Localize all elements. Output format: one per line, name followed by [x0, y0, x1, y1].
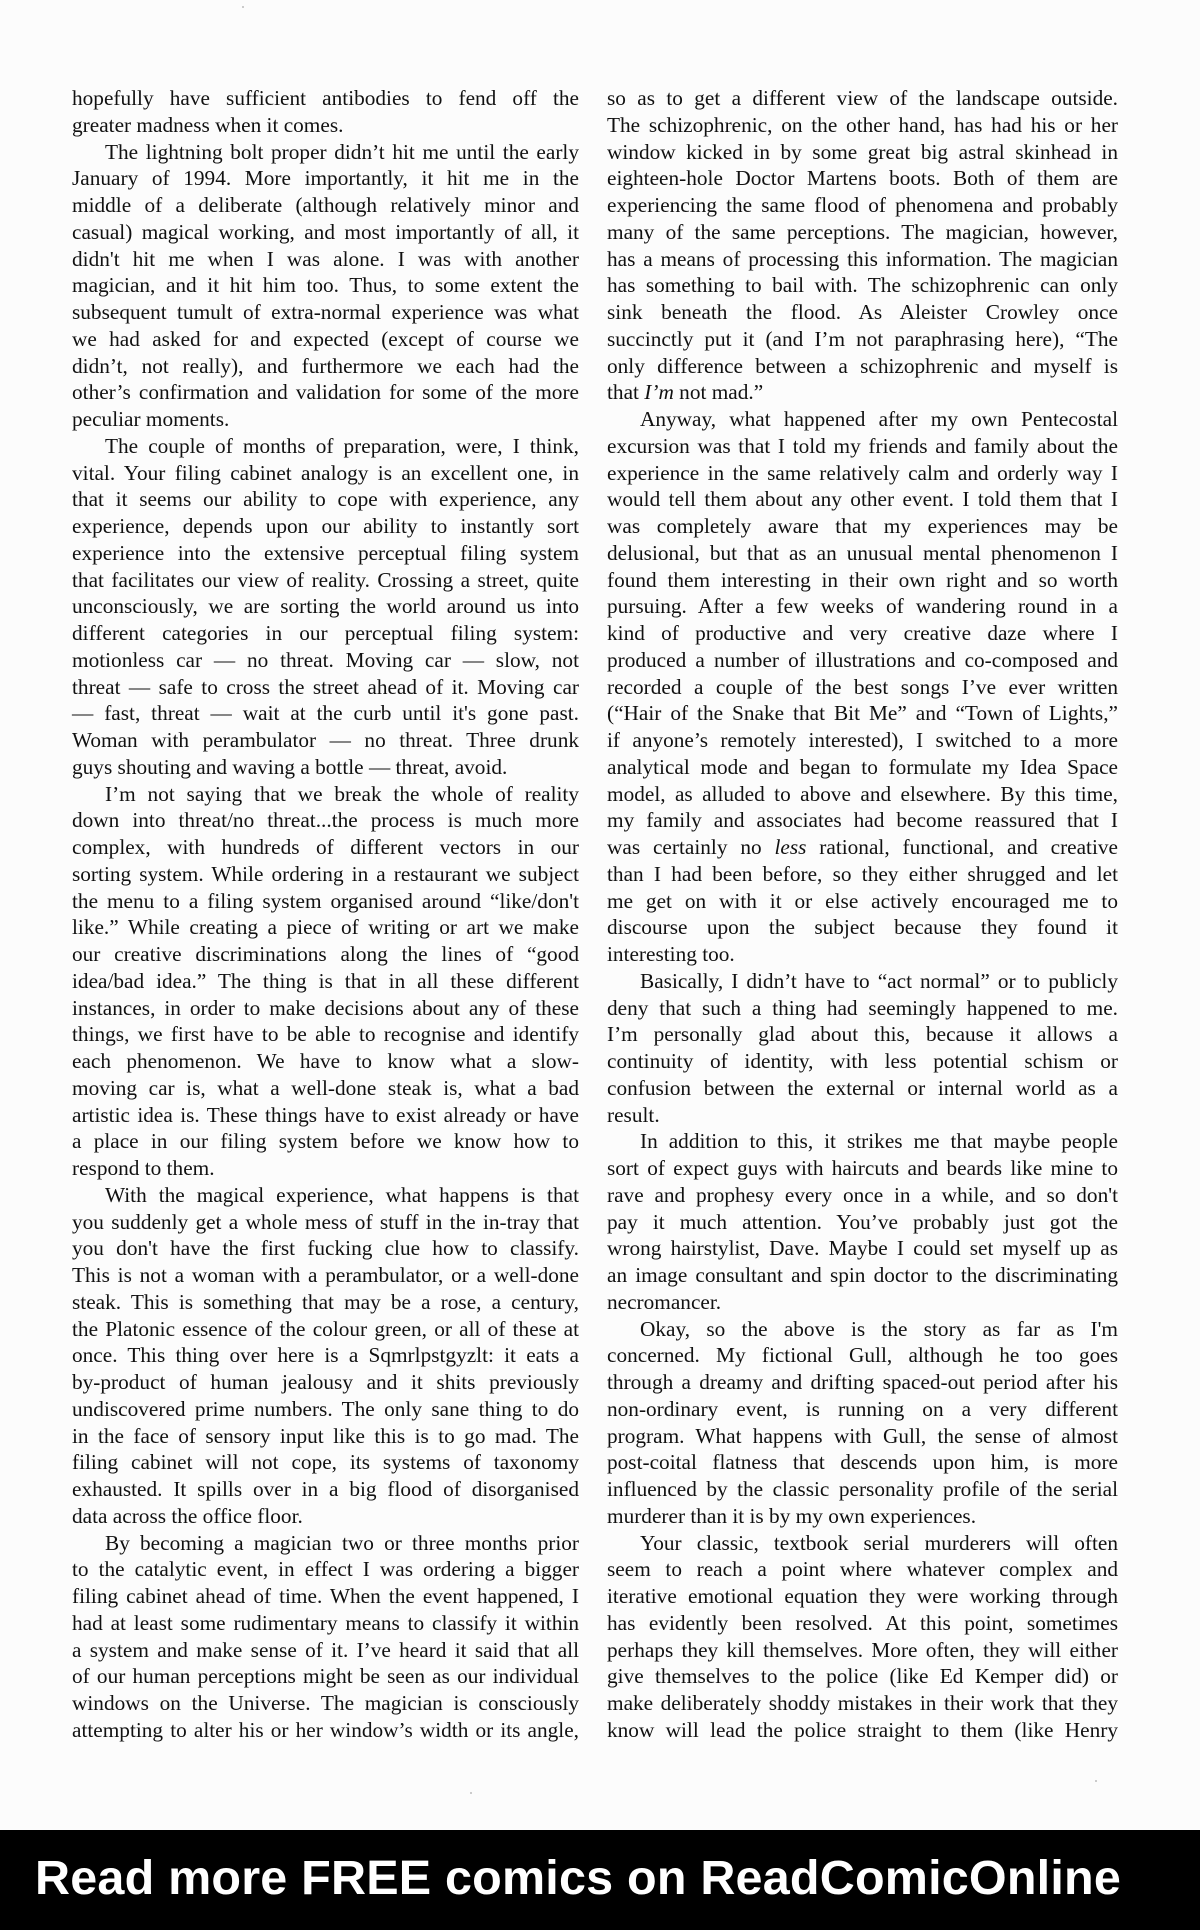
- text-line: experience, depends upon our ability to …: [72, 513, 579, 540]
- line-text: complex, with hundreds of different vect…: [72, 835, 579, 859]
- line-text: experience, depends upon our ability to …: [72, 514, 579, 538]
- text-column-right: so as to get a different view of the lan…: [607, 85, 1118, 1744]
- line-text: by-product of human jealousy and it shit…: [72, 1370, 579, 1394]
- text-line: things, we first have to be able to reco…: [72, 1021, 579, 1048]
- line-text: data across the office floor.: [72, 1504, 303, 1528]
- line-text: give themselves to the police (like Ed K…: [607, 1664, 1118, 1688]
- line-text: didn't hit me when I was alone. I was wi…: [72, 247, 579, 271]
- text-line: only difference between a schizophrenic …: [607, 353, 1118, 380]
- text-line: a system and make sense of it. I’ve hear…: [72, 1637, 579, 1664]
- text-line: the menu to a filing system organised ar…: [72, 888, 579, 915]
- line-text: if anyone’s remotely interested), I swit…: [607, 728, 1118, 752]
- text-line: sort of expect guys with haircuts and be…: [607, 1155, 1118, 1182]
- text-line: continuity of identity, with less potent…: [607, 1048, 1118, 1075]
- text-line: unconsciously, we are sorting the world …: [72, 593, 579, 620]
- text-line: by-product of human jealousy and it shit…: [72, 1369, 579, 1396]
- line-text: subsequent tumult of extra-normal experi…: [72, 300, 579, 324]
- text-line: has a means of processing this informati…: [607, 246, 1118, 273]
- text-line: — fast, threat — wait at the curb until …: [72, 700, 579, 727]
- line-text: non-ordinary event, is running on a very…: [607, 1397, 1118, 1421]
- line-text: other’s confirmation and validation for …: [72, 380, 579, 404]
- line-text: exhausted. It spills over in a big flood…: [72, 1477, 579, 1501]
- text-line: experience in the same relatively calm a…: [607, 460, 1118, 487]
- paragraph-first-line: Anyway, what happened after my own Pente…: [607, 406, 1118, 433]
- text-line: seem to reach a point where whatever com…: [607, 1556, 1118, 1583]
- text-line: different categories in our perceptual f…: [72, 620, 579, 647]
- text-line: give themselves to the police (like Ed K…: [607, 1663, 1118, 1690]
- text-line: perhaps they kill themselves. More often…: [607, 1637, 1118, 1664]
- text-line: complex, with hundreds of different vect…: [72, 834, 579, 861]
- line-text: perhaps they kill themselves. More often…: [607, 1638, 1118, 1662]
- text-line: middle of a deliberate (although relativ…: [72, 192, 579, 219]
- text-line: found them interesting in their own righ…: [607, 567, 1118, 594]
- text-line: influenced by the classic personality pr…: [607, 1476, 1118, 1503]
- line-text: With the magical experience, what happen…: [105, 1183, 579, 1207]
- text-line: greater madness when it comes.: [72, 112, 579, 139]
- line-text: has evidently been resolved. At this poi…: [607, 1611, 1118, 1635]
- line-text: a system and make sense of it. I’ve hear…: [72, 1638, 579, 1662]
- text-line: succinctly put it (and I’m not paraphras…: [607, 326, 1118, 353]
- text-line: program. What happens with Gull, the sen…: [607, 1423, 1118, 1450]
- line-text: By becoming a magician two or three mont…: [105, 1531, 579, 1555]
- print-speck: [1095, 1780, 1097, 1782]
- line-text: middle of a deliberate (although relativ…: [72, 193, 579, 217]
- line-text: different categories in our perceptual f…: [72, 621, 579, 645]
- text-line: concerned. My fictional Gull, although h…: [607, 1342, 1118, 1369]
- line-text-continued: rational, functional, and creative: [806, 835, 1118, 859]
- text-line: was completely aware that my experiences…: [607, 513, 1118, 540]
- line-text: influenced by the classic personality pr…: [607, 1477, 1118, 1501]
- paragraph-first-line: I’m not saying that we break the whole o…: [72, 781, 579, 808]
- text-line: excursion was that I told my friends and…: [607, 433, 1118, 460]
- line-text: peculiar moments.: [72, 407, 229, 431]
- text-line: I’m personally glad about this, because …: [607, 1021, 1118, 1048]
- line-text: respond to them.: [72, 1156, 215, 1180]
- line-text: I’m not saying that we break the whole o…: [105, 782, 579, 806]
- line-text: to the catalytic event, in effect I was …: [72, 1557, 579, 1581]
- line-text: produced a number of illustrations and c…: [607, 648, 1118, 672]
- text-line: in the face of sensory input like this i…: [72, 1423, 579, 1450]
- text-line: threat — safe to cross the street ahead …: [72, 674, 579, 701]
- text-line: has something to bail with. The schizoph…: [607, 272, 1118, 299]
- line-text: recorded a couple of the best songs I’ve…: [607, 675, 1118, 699]
- line-text: vital. Your filing cabinet analogy is an…: [72, 461, 579, 485]
- text-column-left: hopefully have sufficient antibodies to …: [72, 85, 579, 1744]
- line-text: filing cabinet will not cope, its system…: [72, 1450, 579, 1474]
- text-line: so as to get a different view of the lan…: [607, 85, 1118, 112]
- line-text: so as to get a different view of the lan…: [607, 86, 1118, 110]
- text-line: necromancer.: [607, 1289, 1118, 1316]
- line-text: once. This thing over here is a Sqmrlpst…: [72, 1343, 579, 1367]
- text-line: filing cabinet ahead of time. When the e…: [72, 1583, 579, 1610]
- line-text: the Platonic essence of the colour green…: [72, 1317, 579, 1341]
- text-line: pay it much attention. You’ve probably j…: [607, 1209, 1118, 1236]
- text-line: to the catalytic event, in effect I was …: [72, 1556, 579, 1583]
- line-text: deny that such a thing had seemingly hap…: [607, 996, 1118, 1020]
- text-line: undiscovered prime numbers. The only san…: [72, 1396, 579, 1423]
- text-line: window kicked in by some great big astra…: [607, 139, 1118, 166]
- line-text: window kicked in by some great big astra…: [607, 140, 1118, 164]
- text-line: murderer than it is by my own experience…: [607, 1503, 1118, 1530]
- line-text: discourse upon the subject because they …: [607, 915, 1118, 939]
- line-text: sorting system. While ordering in a rest…: [72, 862, 579, 886]
- text-line: respond to them.: [72, 1155, 579, 1182]
- text-line: guys shouting and waving a bottle — thre…: [72, 754, 579, 781]
- line-text: analytical mode and began to formulate m…: [607, 755, 1118, 779]
- text-line: than I had been before, so they either s…: [607, 861, 1118, 888]
- text-line: interesting too.: [607, 941, 1118, 968]
- print-speck: [470, 1792, 472, 1794]
- text-line: was certainly no less rational, function…: [607, 834, 1118, 861]
- line-text: filing cabinet ahead of time. When the e…: [72, 1584, 579, 1608]
- line-text: confusion between the external or intern…: [607, 1076, 1118, 1100]
- text-line: that it seems our ability to cope with e…: [72, 486, 579, 513]
- line-text: murderer than it is by my own experience…: [607, 1504, 976, 1528]
- line-text: undiscovered prime numbers. The only san…: [72, 1397, 579, 1421]
- line-text: instances, in order to make decisions ab…: [72, 996, 579, 1020]
- line-text: experience into the extensive perceptual…: [72, 541, 579, 565]
- line-text: down into threat/no threat...the process…: [72, 808, 579, 832]
- text-line: that facilitates our view of reality. Cr…: [72, 567, 579, 594]
- line-text: delusional, but that as an unusual menta…: [607, 541, 1118, 565]
- line-text: result.: [607, 1103, 660, 1127]
- text-line: the Platonic essence of the colour green…: [72, 1316, 579, 1343]
- text-line: we had asked for and expected (except of…: [72, 326, 579, 353]
- text-line: instances, in order to make decisions ab…: [72, 995, 579, 1022]
- line-text: didn’t, not really), and furthermore we …: [72, 354, 579, 378]
- line-text: through a dreamy and drifting spaced-out…: [607, 1370, 1118, 1394]
- text-line: know will lead the police straight to th…: [607, 1717, 1118, 1744]
- text-line: delusional, but that as an unusual menta…: [607, 540, 1118, 567]
- line-text: continuity of identity, with less potent…: [607, 1049, 1118, 1073]
- line-text: motionless car — no threat. Moving car —…: [72, 648, 579, 672]
- line-text: only difference between a schizophrenic …: [607, 354, 1118, 378]
- line-text: Basically, I didn’t have to “act normal”…: [640, 969, 1118, 993]
- line-text: concerned. My fictional Gull, although h…: [607, 1343, 1118, 1367]
- text-line: Woman with perambulator — no threat. Thr…: [72, 727, 579, 754]
- line-text: casual) magical working, and most import…: [72, 220, 579, 244]
- line-text: than I had been before, so they either s…: [607, 862, 1118, 886]
- line-text: the menu to a filing system organised ar…: [72, 889, 579, 913]
- line-text: wrong hairstylist, Dave. Maybe I could s…: [607, 1236, 1118, 1260]
- text-line: idea/bad idea.” The thing is that in all…: [72, 968, 579, 995]
- text-line: non-ordinary event, is running on a very…: [607, 1396, 1118, 1423]
- text-line: recorded a couple of the best songs I’ve…: [607, 674, 1118, 701]
- print-speck: [570, 1200, 572, 1202]
- text-line: an image consultant and spin doctor to t…: [607, 1262, 1118, 1289]
- line-text: Okay, so the above is the story as far a…: [640, 1317, 1118, 1341]
- text-line: through a dreamy and drifting spaced-out…: [607, 1369, 1118, 1396]
- text-line: kind of productive and very creative daz…: [607, 620, 1118, 647]
- line-text: sort of expect guys with haircuts and be…: [607, 1156, 1118, 1180]
- line-text: you suddenly get a whole mess of stuff i…: [72, 1210, 579, 1234]
- text-line: experiencing the same flood of phenomena…: [607, 192, 1118, 219]
- line-text: a place in our filing system before we k…: [72, 1129, 579, 1153]
- text-line: once. This thing over here is a Sqmrlpst…: [72, 1342, 579, 1369]
- line-text: that: [607, 380, 644, 404]
- text-line: moving car is, what a well-done steak is…: [72, 1075, 579, 1102]
- text-line: many of the same perceptions. The magici…: [607, 219, 1118, 246]
- line-text: attempting to alter his or her window’s …: [72, 1718, 579, 1742]
- line-text: steak. This is something that may be a r…: [72, 1290, 579, 1314]
- line-text: we had asked for and expected (except of…: [72, 327, 579, 351]
- emphasis-text: less: [774, 835, 806, 859]
- text-line: you suddenly get a whole mess of stuff i…: [72, 1209, 579, 1236]
- line-text: me get on with it or else actively encou…: [607, 889, 1118, 913]
- line-text: like.” While creating a piece of writing…: [72, 915, 579, 939]
- promo-banner-text[interactable]: Read more FREE comics on ReadComicOnline: [35, 1848, 1121, 1908]
- line-text: eighteen-hole Doctor Martens boots. Both…: [607, 166, 1118, 190]
- text-line: attempting to alter his or her window’s …: [72, 1717, 579, 1744]
- line-text: pursuing. After a few weeks of wandering…: [607, 594, 1118, 618]
- emphasis-text: I’m: [644, 380, 674, 404]
- line-text: make deliberately shoddy mistakes in the…: [607, 1691, 1118, 1715]
- text-line: experience into the extensive perceptual…: [72, 540, 579, 567]
- line-text: January of 1994. More importantly, it hi…: [72, 166, 579, 190]
- line-text: found them interesting in their own righ…: [607, 568, 1118, 592]
- paragraph-first-line: By becoming a magician two or three mont…: [72, 1530, 579, 1557]
- line-text: magician, and it hit him too. Thus, to s…: [72, 273, 579, 297]
- text-line: has evidently been resolved. At this poi…: [607, 1610, 1118, 1637]
- line-text: pay it much attention. You’ve probably j…: [607, 1210, 1118, 1234]
- line-text: excursion was that I told my friends and…: [607, 434, 1118, 458]
- text-line: casual) magical working, and most import…: [72, 219, 579, 246]
- line-text: greater madness when it comes.: [72, 113, 343, 137]
- line-text-continued: not mad.”: [674, 380, 763, 404]
- line-text: that it seems our ability to cope with e…: [72, 487, 579, 511]
- text-line: (“Hair of the Snake that Bit Me” and “To…: [607, 700, 1118, 727]
- text-line: our creative discriminations along the l…: [72, 941, 579, 968]
- line-text: sink beneath the flood. As Aleister Crow…: [607, 300, 1118, 324]
- document-page: hopefully have sufficient antibodies to …: [0, 0, 1200, 1830]
- line-text: program. What happens with Gull, the sen…: [607, 1424, 1118, 1448]
- line-text: This is not a woman with a perambulator,…: [72, 1263, 579, 1287]
- print-speck: [242, 6, 244, 8]
- line-text: The couple of months of preparation, wer…: [105, 434, 579, 458]
- line-text: necromancer.: [607, 1290, 721, 1314]
- text-line: deny that such a thing had seemingly hap…: [607, 995, 1118, 1022]
- text-line: confusion between the external or intern…: [607, 1075, 1118, 1102]
- paragraph-first-line: In addition to this, it strikes me that …: [607, 1128, 1118, 1155]
- line-text: Anyway, what happened after my own Pente…: [640, 407, 1118, 431]
- line-text: was certainly no: [607, 835, 774, 859]
- text-line: down into threat/no threat...the process…: [72, 807, 579, 834]
- text-line: discourse upon the subject because they …: [607, 914, 1118, 941]
- line-text: experience in the same relatively calm a…: [607, 461, 1118, 485]
- line-text: The schizophrenic, on the other hand, ha…: [607, 113, 1118, 137]
- text-line: you don't have the first fucking clue ho…: [72, 1235, 579, 1262]
- line-text: The lightning bolt proper didn’t hit me …: [105, 140, 579, 164]
- line-text: seem to reach a point where whatever com…: [607, 1557, 1118, 1581]
- text-line: wrong hairstylist, Dave. Maybe I could s…: [607, 1235, 1118, 1262]
- text-line: didn't hit me when I was alone. I was wi…: [72, 246, 579, 273]
- text-line: would tell them about any other event. I…: [607, 486, 1118, 513]
- paragraph-first-line: Okay, so the above is the story as far a…: [607, 1316, 1118, 1343]
- line-text: threat — safe to cross the street ahead …: [72, 675, 579, 699]
- line-text: — fast, threat — wait at the curb until …: [72, 701, 579, 725]
- text-line: result.: [607, 1102, 1118, 1129]
- line-text: my family and associates had become reas…: [607, 808, 1118, 832]
- line-text: unconsciously, we are sorting the world …: [72, 594, 579, 618]
- line-text: model, as alluded to above and elsewhere…: [607, 782, 1118, 806]
- line-text: each phenomenon. We have to know what a …: [72, 1049, 579, 1073]
- line-text: had at least some rudimentary means to c…: [72, 1611, 579, 1635]
- text-line: of our human perceptions might be seen a…: [72, 1663, 579, 1690]
- paragraph-first-line: With the magical experience, what happen…: [72, 1182, 579, 1209]
- line-text: would tell them about any other event. I…: [607, 487, 1118, 511]
- line-text: succinctly put it (and I’m not paraphras…: [607, 327, 1118, 351]
- line-text: in the face of sensory input like this i…: [72, 1424, 579, 1448]
- text-line: me get on with it or else actively encou…: [607, 888, 1118, 915]
- line-text: moving car is, what a well-done steak is…: [72, 1076, 579, 1100]
- line-text: windows on the Universe. The magician is…: [72, 1691, 579, 1715]
- line-text: experiencing the same flood of phenomena…: [607, 193, 1118, 217]
- line-text: our creative discriminations along the l…: [72, 942, 579, 966]
- text-line: like.” While creating a piece of writing…: [72, 914, 579, 941]
- line-text: has something to bail with. The schizoph…: [607, 273, 1118, 297]
- text-line: January of 1994. More importantly, it hi…: [72, 165, 579, 192]
- line-text: an image consultant and spin doctor to t…: [607, 1263, 1118, 1287]
- text-line: peculiar moments.: [72, 406, 579, 433]
- text-line: sink beneath the flood. As Aleister Crow…: [607, 299, 1118, 326]
- line-text: you don't have the first fucking clue ho…: [72, 1236, 579, 1260]
- text-line: had at least some rudimentary means to c…: [72, 1610, 579, 1637]
- paragraph-first-line: The couple of months of preparation, wer…: [72, 433, 579, 460]
- promo-banner[interactable]: Read more FREE comics on ReadComicOnline: [0, 1830, 1200, 1930]
- paragraph-first-line: Your classic, textbook serial murderers …: [607, 1530, 1118, 1557]
- line-text: know will lead the police straight to th…: [607, 1718, 1118, 1742]
- text-line: didn’t, not really), and furthermore we …: [72, 353, 579, 380]
- text-line: hopefully have sufficient antibodies to …: [72, 85, 579, 112]
- text-line: subsequent tumult of extra-normal experi…: [72, 299, 579, 326]
- line-text: (“Hair of the Snake that Bit Me” and “To…: [607, 701, 1118, 725]
- line-text: Woman with perambulator — no threat. Thr…: [72, 728, 579, 752]
- text-line: other’s confirmation and validation for …: [72, 379, 579, 406]
- line-text: idea/bad idea.” The thing is that in all…: [72, 969, 579, 993]
- line-text: has a means of processing this informati…: [607, 247, 1118, 271]
- line-text: things, we first have to be able to reco…: [72, 1022, 579, 1046]
- paragraph-first-line: Basically, I didn’t have to “act normal”…: [607, 968, 1118, 995]
- text-line: each phenomenon. We have to know what a …: [72, 1048, 579, 1075]
- line-text: was completely aware that my experiences…: [607, 514, 1118, 538]
- text-line: eighteen-hole Doctor Martens boots. Both…: [607, 165, 1118, 192]
- text-line: motionless car — no threat. Moving car —…: [72, 647, 579, 674]
- text-line: post-coital flatness that descends upon …: [607, 1449, 1118, 1476]
- line-text: kind of productive and very creative daz…: [607, 621, 1118, 645]
- text-line: that I’m not mad.”: [607, 379, 1118, 406]
- text-line: data across the office floor.: [72, 1503, 579, 1530]
- text-line: a place in our filing system before we k…: [72, 1128, 579, 1155]
- line-text: In addition to this, it strikes me that …: [640, 1129, 1118, 1153]
- line-text: artistic idea is. These things have to e…: [72, 1103, 579, 1127]
- text-line: rave and prophesy every once in a while,…: [607, 1182, 1118, 1209]
- text-line: produced a number of illustrations and c…: [607, 647, 1118, 674]
- text-line: model, as alluded to above and elsewhere…: [607, 781, 1118, 808]
- text-line: make deliberately shoddy mistakes in the…: [607, 1690, 1118, 1717]
- line-text: hopefully have sufficient antibodies to …: [72, 86, 579, 110]
- text-line: if anyone’s remotely interested), I swit…: [607, 727, 1118, 754]
- line-text: guys shouting and waving a bottle — thre…: [72, 755, 507, 779]
- text-line: artistic idea is. These things have to e…: [72, 1102, 579, 1129]
- line-text: I’m personally glad about this, because …: [607, 1022, 1118, 1046]
- line-text: interesting too.: [607, 942, 735, 966]
- text-line: my family and associates had become reas…: [607, 807, 1118, 834]
- text-line: filing cabinet will not cope, its system…: [72, 1449, 579, 1476]
- line-text: of our human perceptions might be seen a…: [72, 1664, 579, 1688]
- line-text: iterative emotional equation they were w…: [607, 1584, 1118, 1608]
- text-line: windows on the Universe. The magician is…: [72, 1690, 579, 1717]
- line-text: rave and prophesy every once in a while,…: [607, 1183, 1118, 1207]
- text-line: vital. Your filing cabinet analogy is an…: [72, 460, 579, 487]
- text-line: steak. This is something that may be a r…: [72, 1289, 579, 1316]
- line-text: post-coital flatness that descends upon …: [607, 1450, 1118, 1474]
- text-line: exhausted. It spills over in a big flood…: [72, 1476, 579, 1503]
- text-line: pursuing. After a few weeks of wandering…: [607, 593, 1118, 620]
- line-text: many of the same perceptions. The magici…: [607, 220, 1118, 244]
- text-line: This is not a woman with a perambulator,…: [72, 1262, 579, 1289]
- text-line: The schizophrenic, on the other hand, ha…: [607, 112, 1118, 139]
- text-line: analytical mode and began to formulate m…: [607, 754, 1118, 781]
- text-line: sorting system. While ordering in a rest…: [72, 861, 579, 888]
- line-text: Your classic, textbook serial murderers …: [640, 1531, 1118, 1555]
- line-text: that facilitates our view of reality. Cr…: [72, 568, 579, 592]
- text-line: magician, and it hit him too. Thus, to s…: [72, 272, 579, 299]
- paragraph-first-line: The lightning bolt proper didn’t hit me …: [72, 139, 579, 166]
- text-line: iterative emotional equation they were w…: [607, 1583, 1118, 1610]
